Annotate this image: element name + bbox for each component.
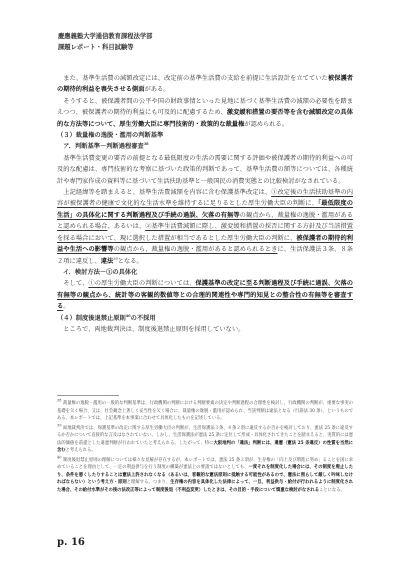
page-number: p. 16 — [57, 537, 85, 548]
paragraph-5: そして、①の厚生労働大臣の判断については、保護基準の改定に至る判断過程及び手続に… — [57, 278, 353, 312]
paragraph-4: 上記経緯等を踏まえると、基準生活費減額を内容に含む保護基準改定は、①改定後の生活… — [57, 187, 353, 267]
section-heading-4: （４）制度後退禁止原則40の不採用 — [57, 313, 353, 324]
subsection-heading-a: ア．判断基準－判断過程審査38 — [57, 141, 353, 152]
body-text: また、基準生活費の減額改定には、改定前の基準生活費の支給を前提に生活設計を立てて… — [57, 73, 353, 335]
footnote-separator — [57, 395, 119, 396]
emphasis: 違法 — [101, 258, 114, 265]
header-university: 慶應義塾大学通信教育課程法学部 — [58, 31, 152, 42]
underlined-text: の観点から、裁量権の逸脱・濫用があると認められるとき — [114, 246, 278, 253]
footnotes: 38 裁量権の逸脱・濫用の一般的な判断基準は、行政機関の判断における判断要素の決… — [57, 400, 353, 496]
subsection-heading-b: イ．検討方法－①の具体化 — [57, 267, 353, 278]
footnote-39: 39 両地裁判決では、保護基準の改定に関する厚生労働大臣の判断が、生活保護法３条… — [57, 425, 353, 455]
paragraph-3: 基準生活費変更の要否の前提となる最低限度の生活の需要に関する評価や被保護者の期待… — [57, 153, 353, 187]
document-page: 慶應義塾大学通信教育課程法学部 課題レポート・科目試験等 また、基準生活費の減額… — [0, 0, 410, 580]
header-subtitle: 課題レポート・科目試験等 — [58, 42, 152, 53]
underlined-text: ①の厚生労働大臣の判断については、 — [88, 280, 195, 287]
footnote-40: 40 制度後退禁止原則の理解については様々な見解が存在するが、本レポートでは、憲… — [57, 457, 353, 495]
footnote-ref-38[interactable]: 38 — [144, 142, 149, 146]
section-heading-3: （３）裁量権の逸脱・濫用の判断基準 — [57, 130, 353, 141]
paragraph-2: そうすると、被保護者間の公平や国の財政事情といった見地に基づく基準生活費の減額の… — [57, 96, 353, 130]
paragraph-6: ところで、両地裁判決は、制度後退禁止原則を採用していない。 — [57, 324, 353, 335]
page-header: 慶應義塾大学通信教育課程法学部 課題レポート・科目試験等 — [58, 31, 152, 53]
footnote-38: 38 裁量権の逸脱・濫用の一般的な判断基準は、行政機関の判断における判断要素の決… — [57, 400, 353, 423]
paragraph-1: また、基準生活費の減額改定には、改定前の基準生活費の支給を前提に生活設計を立てて… — [57, 73, 353, 96]
